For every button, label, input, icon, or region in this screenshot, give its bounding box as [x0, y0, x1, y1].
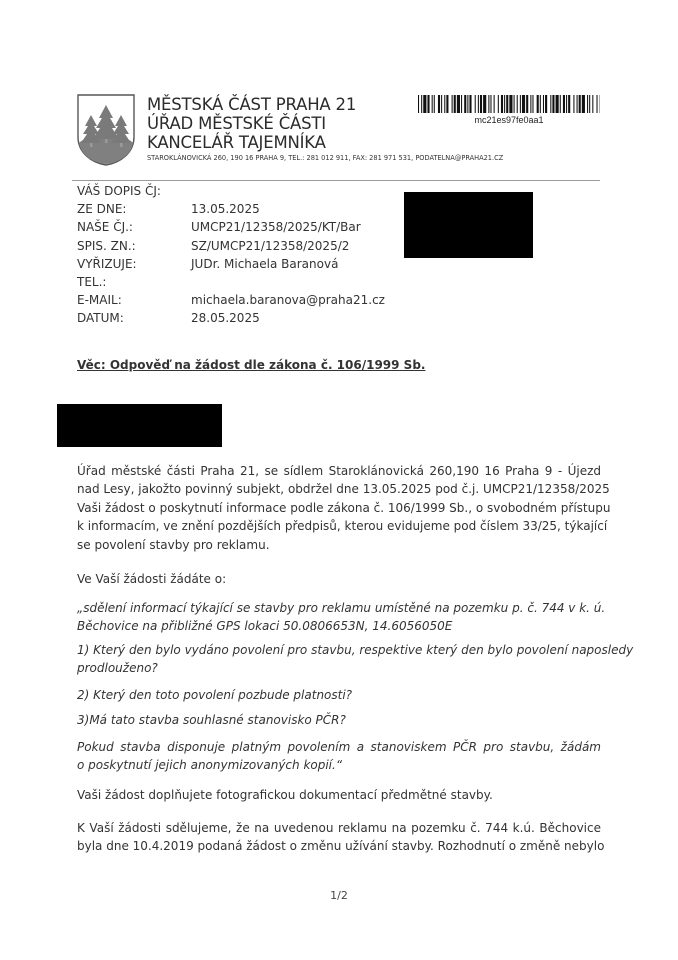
paragraph-response: K Vaší žádosti sdělujeme, že na uvedenou…	[77, 819, 601, 856]
text-line: 3)Má tato stavba souhlasné stanovisko PČ…	[77, 711, 601, 729]
barcode-icon	[418, 95, 600, 113]
office-name: ÚŘAD MĚSTSKÉ ČÁSTI	[147, 115, 326, 133]
reference-value: JUDr. Michaela Baranová	[191, 257, 338, 271]
text-line: K Vaší žádosti sdělujeme, že na uvedenou…	[77, 819, 601, 837]
page-number: 1/2	[0, 889, 678, 902]
paragraph-request-lead: Ve Vaší žádosti žádáte o:	[77, 570, 601, 588]
quote-question-1: 1) Který den bylo vydáno povolení pro st…	[77, 641, 601, 678]
reference-label: ZE DNE:	[77, 202, 126, 216]
text-line: Vaši žádost o poskytnutí informace podle…	[77, 499, 601, 517]
subject-line: Věc: Odpověď na žádost dle zákona č. 106…	[77, 358, 425, 372]
redaction-box-addressee	[57, 404, 222, 447]
barcode-text: mc21es97fe0aa1	[418, 115, 600, 125]
reference-label: NAŠE ČJ.:	[77, 220, 133, 234]
quote-question-3: 3)Má tato stavba souhlasné stanovisko PČ…	[77, 711, 601, 729]
reference-label: DATUM:	[77, 311, 124, 325]
paragraph-intro: Úřad městské části Praha 21, se sídlem S…	[77, 462, 601, 554]
quote-request-copies: Pokud stavba disponuje platným povolením…	[77, 738, 601, 775]
reference-row: ZE DNE:13.05.2025	[77, 202, 397, 219]
department-name: KANCELÁŘ TAJEMNÍKA	[147, 134, 326, 152]
text-line: prodlouženo?	[77, 659, 601, 677]
reference-label: VYŘIZUJE:	[77, 257, 137, 271]
text-line: nad Lesy, jakožto povinný subjekt, obdrž…	[77, 480, 601, 498]
reference-label: SPIS. ZN.:	[77, 239, 136, 253]
text-line: Ve Vaší žádosti žádáte o:	[77, 570, 601, 588]
header-divider	[72, 180, 600, 181]
text-line: se povolení stavby pro reklamu.	[77, 536, 601, 554]
reference-row: DATUM:28.05.2025	[77, 311, 397, 328]
reference-value: michaela.baranova@praha21.cz	[191, 293, 385, 307]
text-line: 2) Který den toto povolení pozbude platn…	[77, 686, 601, 704]
text-line: Běchovice na přibližné GPS lokaci 50.080…	[77, 617, 601, 635]
text-line: Vaši žádost doplňujete fotografickou dok…	[77, 786, 601, 804]
reference-label: E-MAIL:	[77, 293, 122, 307]
paragraph-photo-documentation: Vaši žádost doplňujete fotografickou dok…	[77, 786, 601, 804]
coat-of-arms-icon	[76, 93, 136, 166]
text-line: o poskytnutí jejich anonymizovaných kopi…	[77, 756, 601, 774]
text-line: „sdělení informací týkající se stavby pr…	[77, 599, 601, 617]
reference-row: NAŠE ČJ.:UMCP21/12358/2025/KT/Bar	[77, 220, 397, 237]
reference-row: VÁŠ DOPIS ČJ:	[77, 184, 397, 201]
text-line: k informacím, ve znění pozdějších předpi…	[77, 517, 601, 535]
contact-address: STAROKLÁNOVICKÁ 260, 190 16 PRAHA 9, TEL…	[147, 154, 503, 162]
text-line: 1) Který den bylo vydáno povolení pro st…	[77, 641, 601, 659]
quote-request-intro: „sdělení informací týkající se stavby pr…	[77, 599, 601, 636]
reference-row: VYŘIZUJE:JUDr. Michaela Baranová	[77, 257, 397, 274]
redaction-box-recipient	[404, 192, 533, 258]
reference-value: SZ/UMCP21/12358/2025/2	[191, 239, 349, 253]
reference-value: 28.05.2025	[191, 311, 260, 325]
text-line: Úřad městské části Praha 21, se sídlem S…	[77, 462, 601, 480]
reference-value: UMCP21/12358/2025/KT/Bar	[191, 220, 361, 234]
quote-question-2: 2) Který den toto povolení pozbude platn…	[77, 686, 601, 704]
reference-row: TEL.:	[77, 275, 397, 292]
reference-value: 13.05.2025	[191, 202, 260, 216]
text-line: Pokud stavba disponuje platným povolením…	[77, 738, 601, 756]
text-line: byla dne 10.4.2019 podaná žádost o změnu…	[77, 837, 601, 855]
reference-row: SPIS. ZN.:SZ/UMCP21/12358/2025/2	[77, 239, 397, 256]
reference-label: TEL.:	[77, 275, 106, 289]
reference-label: VÁŠ DOPIS ČJ:	[77, 184, 161, 198]
reference-row: E-MAIL:michaela.baranova@praha21.cz	[77, 293, 397, 310]
organization-name: MĚSTSKÁ ČÁST PRAHA 21	[147, 96, 356, 114]
